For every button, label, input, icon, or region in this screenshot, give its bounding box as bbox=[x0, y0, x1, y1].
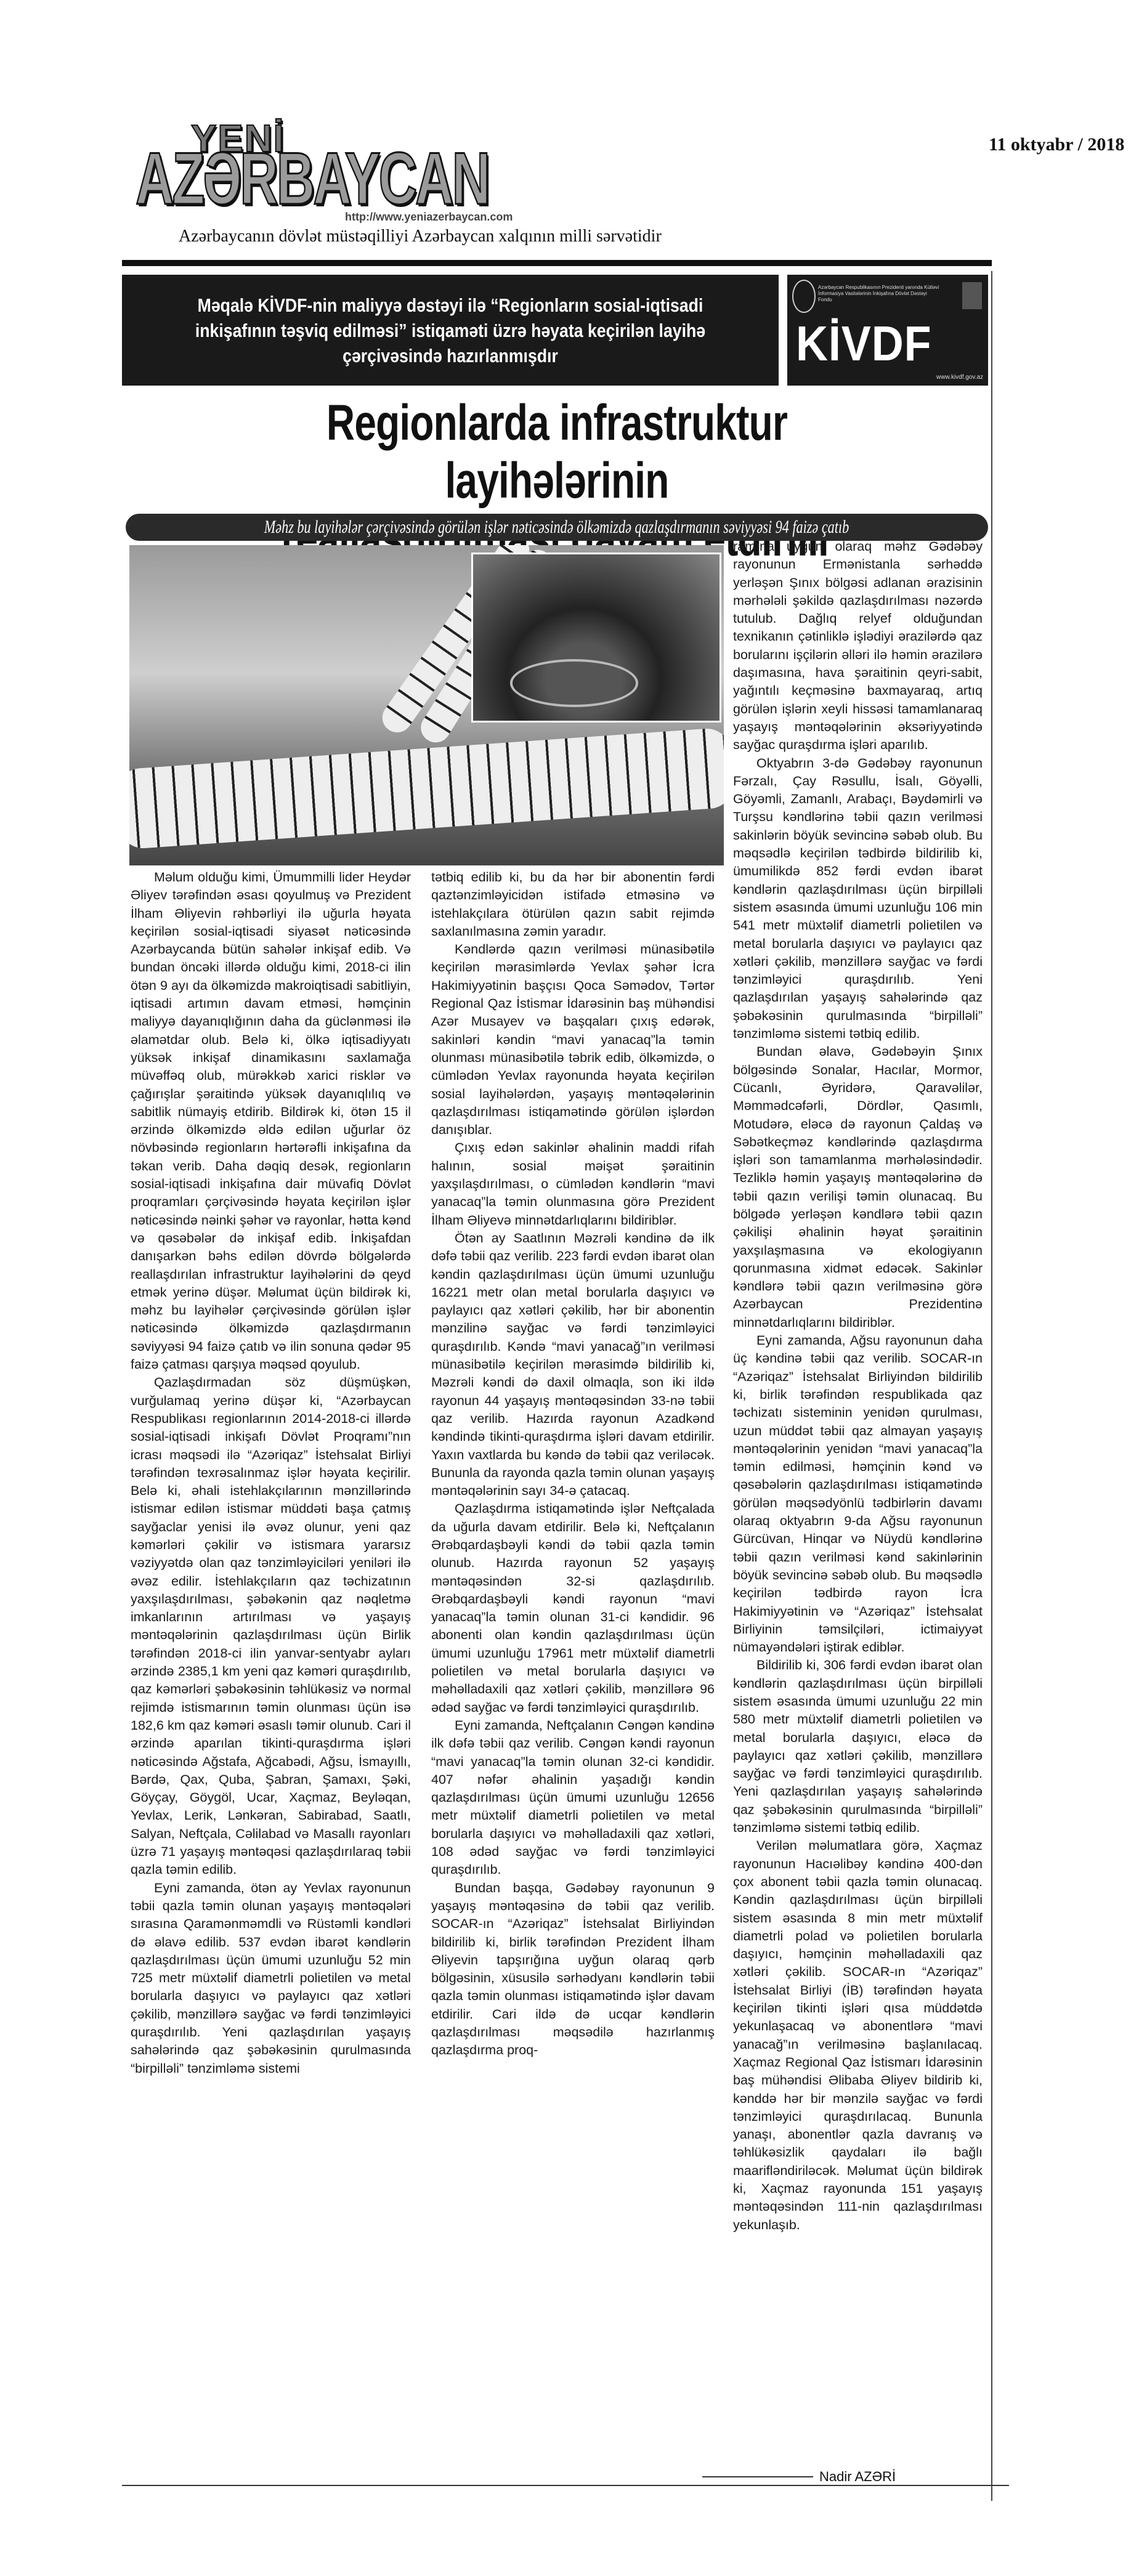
flag-icon bbox=[962, 282, 982, 309]
paragraph: Çıxış edən sakinlər əhalinin maddi rifah… bbox=[431, 1139, 715, 1229]
author-byline: Nadir AZƏRİ bbox=[819, 2469, 896, 2485]
paragraph: Ötən ay Saatlının Məzrəli kəndinə də ilk… bbox=[431, 1229, 715, 1500]
state-emblem-icon bbox=[792, 280, 816, 313]
masthead: YENİ AZƏRBAYCAN http://www.yeniazerbayca… bbox=[117, 117, 795, 259]
kivdf-logo: KİVDF bbox=[796, 315, 932, 372]
paragraph: Eyni zamanda, ötən ay Yevlax rayonunun t… bbox=[131, 1879, 411, 2078]
paragraph: Bundan başqa, Gədəbəy rayonunun 9 yaşayı… bbox=[431, 1879, 715, 2060]
website-url[interactable]: http://www.yeniazerbaycan.com bbox=[345, 211, 513, 224]
divider bbox=[122, 2485, 1009, 2486]
article-column-1: Məlum olduğu kimi, Ümummilli lider Heydə… bbox=[131, 869, 411, 2078]
article-column-2: tətbiq edilib ki, bu da hər bir abonenti… bbox=[431, 869, 715, 2060]
kivdf-website: www.kivdf.gov.az bbox=[936, 374, 983, 381]
divider bbox=[122, 260, 992, 266]
paragraph: Qazlaşdırmadan söz düşmüşkən, vurğulamaq… bbox=[131, 1374, 411, 1879]
logo-line2: AZƏRBAYCAN bbox=[136, 142, 488, 216]
byline-rule bbox=[702, 2476, 813, 2477]
paragraph: ramına uyğun olaraq məhz Gədəbəy rayonun… bbox=[733, 538, 983, 755]
burner-icon bbox=[510, 659, 638, 707]
paragraph: Eyni zamanda, Ağsu rayonunun daha üç kən… bbox=[733, 1332, 983, 1656]
column-frame bbox=[991, 271, 992, 2501]
article-subtitle: Məhz bu layihələr çərçivəsində görülən i… bbox=[126, 514, 988, 541]
article-photo bbox=[129, 545, 724, 865]
pipeline-graphic bbox=[129, 727, 724, 849]
paragraph: Qazlaşdırma istiqamətində işlər Neftçala… bbox=[431, 1500, 715, 1717]
kivdf-logo-box: Azərbaycan Respublikasının Prezidenti ya… bbox=[787, 275, 988, 386]
kivdf-org-name: Azərbaycan Respublikasının Prezidenti ya… bbox=[818, 285, 941, 303]
paragraph: tətbiq edilib ki, bu da hər bir abonenti… bbox=[431, 869, 715, 941]
headline-line1: Regionlarda infrastruktur layihələrinin bbox=[217, 394, 896, 510]
paragraph: Oktyabrın 3-də Gədəbəy rayonunun Fərzalı… bbox=[733, 755, 983, 1043]
gas-stove-inset-photo bbox=[471, 553, 721, 723]
paragraph: Bildirilib ki, 306 fərdi evdən ibarət ol… bbox=[733, 1656, 983, 1837]
paragraph: Kəndlərdə qazın verilməsi münasibətilə k… bbox=[431, 941, 715, 1139]
article-column-3: ramına uyğun olaraq məhz Gədəbəy rayonun… bbox=[733, 538, 983, 2234]
motto: Azərbaycanın dövlət müstəqilliyi Azərbay… bbox=[179, 227, 662, 246]
subtitle-text: Məhz bu layihələr çərçivəsində görülən i… bbox=[264, 514, 849, 541]
issue-date: 11 oktyabr / 2018 bbox=[989, 134, 1124, 155]
paragraph: Bundan əlavə, Gədəbəyin Şınıx bölgəsində… bbox=[733, 1043, 983, 1332]
paragraph: Eyni zamanda, Neftçalanın Cəngən kəndinə… bbox=[431, 1717, 715, 1879]
sponsor-banner: Məqalə KİVDF-nin maliyyə dəstəyi ilə “Re… bbox=[122, 275, 779, 386]
paragraph: Məlum olduğu kimi, Ümummilli lider Heydə… bbox=[131, 869, 411, 1374]
newspaper-logo: YENİ AZƏRBAYCAN bbox=[117, 117, 782, 209]
paragraph: Verilən məlumatlara görə, Xaçmaz rayonun… bbox=[733, 1837, 983, 2234]
sponsor-text: Məqalə KİVDF-nin maliyyə dəstəyi ilə “Re… bbox=[168, 293, 733, 368]
